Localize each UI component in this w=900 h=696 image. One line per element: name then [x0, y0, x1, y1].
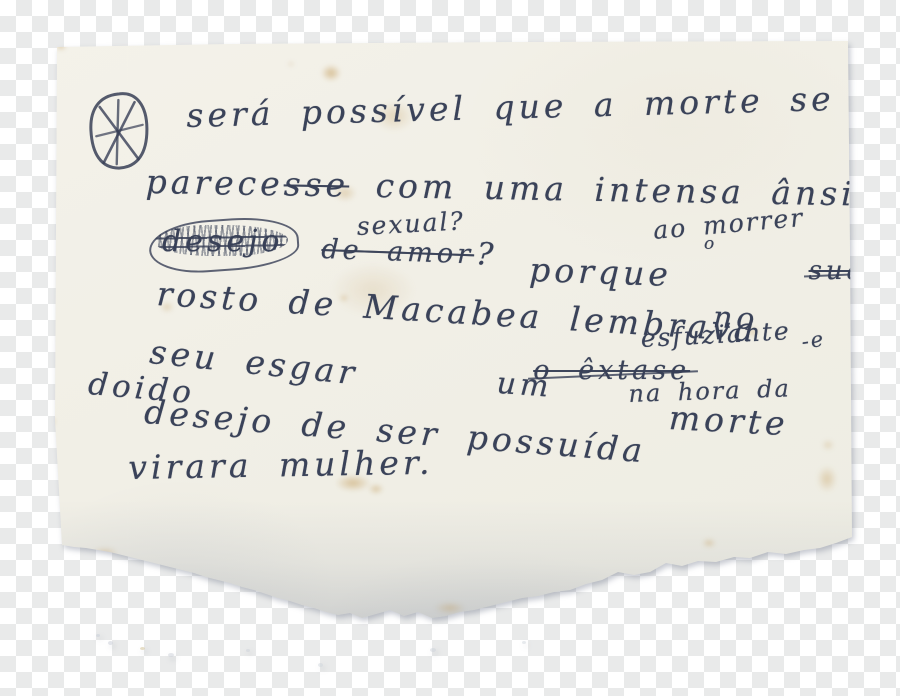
paper-speck	[108, 641, 113, 645]
canvas: será possível que a morte se parecesse c…	[0, 0, 900, 696]
ms-question-mark: ?	[475, 236, 499, 274]
stain	[430, 600, 470, 616]
paper-speck	[430, 648, 436, 652]
ms-seg-parece: parece	[145, 162, 284, 203]
paper-wrapper: será possível que a morte se parecesse c…	[0, 0, 900, 696]
stain	[286, 60, 296, 68]
ms-insert-o: o	[704, 234, 716, 254]
ms-insert-mark: -e	[800, 327, 827, 354]
ms-scribble-desejo: desejo	[162, 224, 283, 259]
ms-strike-de-amor: de amor	[321, 234, 475, 270]
ms-seg-um: um	[496, 366, 554, 405]
ms-strike-sse: sse	[283, 164, 349, 204]
ms-line1-text: será possível que a morte se	[186, 79, 835, 135]
stain	[366, 482, 386, 496]
ms-strike-sua: sua	[809, 256, 867, 286]
stain	[318, 62, 344, 84]
stain	[54, 40, 68, 52]
stain	[814, 462, 840, 496]
stain	[700, 537, 718, 549]
ms-seg-morte: morte	[668, 398, 790, 443]
paper-speck	[522, 641, 526, 644]
stain	[88, 545, 122, 561]
ms-seg-porque: porque	[529, 250, 673, 294]
stain	[820, 438, 836, 452]
paper-speck	[318, 663, 323, 667]
ms-line7-text: virara mulher.	[128, 443, 434, 487]
torn-edge-shading	[0, 500, 900, 640]
paper-speck	[140, 647, 145, 650]
paper-speck	[168, 653, 174, 657]
paper-speck	[246, 649, 250, 652]
paper-speck	[96, 634, 100, 637]
stain	[44, 415, 58, 428]
torn-paper: será possível que a morte se parecesse c…	[0, 0, 900, 696]
